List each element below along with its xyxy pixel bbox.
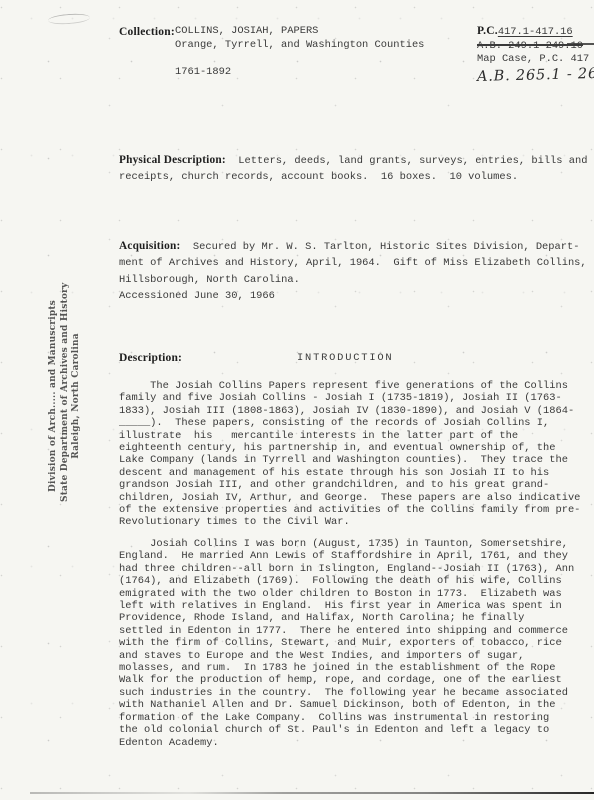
description-label: Description: (119, 352, 182, 364)
introduction-heading: INTRODUCTION (297, 352, 393, 364)
pc-ref-number: 417.1-417.16 (498, 26, 573, 38)
stamp-line-3: Raleigh, North Carolina (71, 290, 83, 502)
pc-ref-prefix: P.C. (477, 25, 498, 37)
physical-description-label: Physical Description: (119, 154, 226, 166)
ab-ref-handwritten: A.B. 265.1 - 265.16 (477, 65, 594, 85)
stamp-line-1: Division of Arch..... and Manuscripts (48, 290, 60, 502)
acquisition-text: Secured by Mr. W. S. Tarlton, Historic S… (119, 241, 587, 302)
page-bottom-edge-line (30, 792, 594, 794)
archives-department-stamp: Division of Arch..... and Manuscripts St… (48, 290, 84, 502)
pencil-smudge-mark (48, 13, 91, 26)
collection-label: Collection: (119, 26, 175, 38)
collection-region: Orange, Tyrrell, and Washington Counties (175, 39, 424, 53)
collection-title: COLLINS, JOSIAH, PAPERS (175, 25, 318, 39)
map-case-ref: Map Case, P.C. 417 (477, 53, 594, 67)
reference-numbers: P.C.417.1-417.16 A.B. 249.1-249.10 Map C… (477, 23, 594, 85)
intro-paragraph-2: Josiah Collins I was born (August, 1735)… (119, 538, 574, 749)
physical-description-section: Physical Description: Letters, deeds, la… (119, 152, 591, 185)
acquisition-label: Acquisition: (119, 240, 180, 252)
ab-ref-struck: A.B. 249.1-249.10 (477, 40, 594, 54)
strike-line-extension (567, 43, 594, 45)
acquisition-section: Acquisition: Secured by Mr. W. S. Tarlto… (119, 238, 591, 304)
intro-paragraph-1: The Josiah Collins Papers represent five… (119, 380, 580, 529)
collection-dates: 1761-1892 (175, 66, 231, 80)
scanned-document-page: Collection: COLLINS, JOSIAH, PAPERS Oran… (0, 0, 594, 800)
stamp-line-2: State Department of Archives and History (60, 290, 72, 502)
